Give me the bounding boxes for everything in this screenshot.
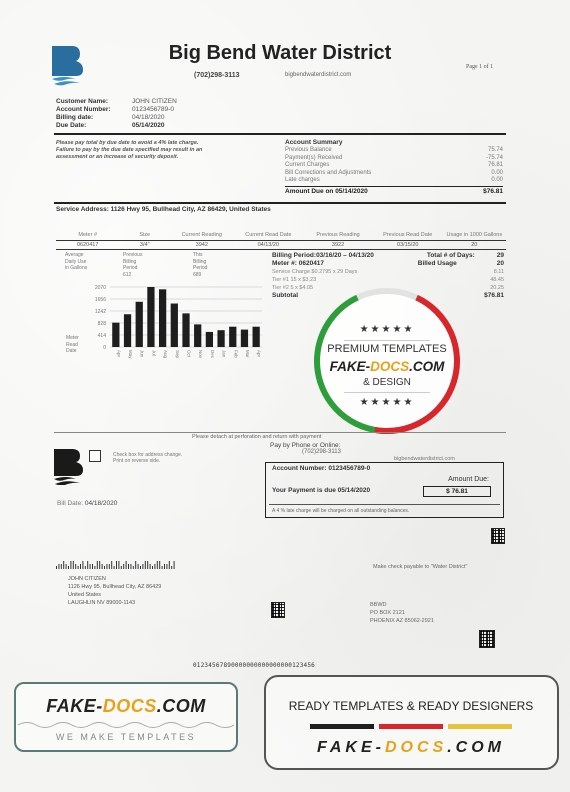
due-date: 05/14/2020 <box>132 122 165 129</box>
flag-bar <box>379 724 443 729</box>
summary-value: 75.74 <box>488 147 503 155</box>
svg-text:Dec: Dec <box>210 350 215 359</box>
brand-part: FAKE- <box>46 696 103 716</box>
summary-row: Payment(s) Received-75.74 <box>285 155 503 163</box>
charge-line: Service Charge $0.2795 x 29 Days8.11 <box>272 268 504 276</box>
page-indicator: Page 1 of 1 <box>466 64 493 70</box>
payment-box: Account Number: 0123456789-0 Amount Due:… <box>265 462 504 518</box>
check-payable-note: Make check payable to "Water District" <box>373 564 467 570</box>
summary-label: Late charges <box>285 177 320 185</box>
total-days: 29 <box>497 252 504 260</box>
legend-text: Meter <box>66 335 79 342</box>
notice-line: assessment or an increase of security de… <box>56 154 276 161</box>
company-name: Big Bend Water District <box>150 42 410 65</box>
badge-brand: FAKE-DOCS.COM <box>16 696 236 717</box>
column-header: Meter # <box>56 222 119 238</box>
legend-text: 612 <box>123 272 173 279</box>
billed-usage-label: Billed Usage <box>418 260 457 268</box>
brand-part: .COM <box>409 359 444 374</box>
column-header: Current Reading <box>170 222 233 238</box>
svg-text:Nov: Nov <box>198 350 203 359</box>
late-charge-note: A 4 % late charge will be charged on all… <box>272 508 409 514</box>
brand-part: DOCS <box>103 696 157 716</box>
svg-text:0: 0 <box>103 345 106 351</box>
address-line: BBWD <box>370 601 434 609</box>
qr-code-icon <box>479 630 495 648</box>
summary-value: 76.81 <box>488 162 503 170</box>
account-summary-title: Account Summary <box>285 139 503 146</box>
postal-barcode-icon <box>56 561 176 569</box>
divider <box>54 202 506 204</box>
stamp-brand: FAKE-DOCS.COM <box>312 359 462 374</box>
meter-table: Meter #SizeCurrent ReadingCurrent Read D… <box>56 222 506 250</box>
pay-by-label: Pay by Phone or Online: <box>270 442 341 449</box>
perforation-line <box>54 432 506 433</box>
amount-due-field[interactable]: $ 76.81 <box>423 486 491 497</box>
summary-value: 0.00 <box>491 177 503 185</box>
divider <box>54 133 506 135</box>
summary-value: 0.00 <box>491 170 503 178</box>
summary-label: Previous Balance <box>285 147 332 155</box>
summary-label: Bill Corrections and Adjustments <box>285 170 371 178</box>
flag-bars <box>310 724 512 729</box>
divider <box>344 392 430 393</box>
svg-text:2070: 2070 <box>95 285 106 291</box>
account-number: 0123456789-0 <box>132 106 174 113</box>
notice-line: Failure to pay by the due date specified… <box>56 147 276 154</box>
watermark-stamp: ★★★★★ PREMIUM TEMPLATES FAKE-DOCS.COM & … <box>312 286 462 436</box>
address-line: United States <box>68 591 161 599</box>
brand-part: .COM <box>447 739 505 756</box>
flag-bar <box>448 724 512 729</box>
subtotal-value: $76.81 <box>484 292 504 300</box>
charge-value: 20.25 <box>490 284 504 292</box>
charge-label: Tier #1 15 x $3.23 <box>272 276 316 284</box>
amount-due-value: $76.81 <box>483 188 503 195</box>
legend-text: in Gallons <box>65 265 115 272</box>
flag-bar <box>310 724 374 729</box>
summary-label: Payment(s) Received <box>285 155 342 163</box>
watermark-badge-left: FAKE-DOCS.COM WE MAKE TEMPLATES <box>14 682 238 752</box>
summary-value: -75.74 <box>486 155 503 163</box>
billed-usage: 20 <box>497 260 504 268</box>
badge-brand: FAKE-DOCS.COM <box>266 739 556 757</box>
column-header: Usage in 1000 Gallons <box>443 222 506 238</box>
billing-date: 04/18/2020 <box>132 114 165 121</box>
remit-address: BBWDPO BOX 2121PHOENIX AZ 85062-2921 <box>370 601 434 625</box>
amount-due-row: Amount Due on 05/14/2020 $76.81 <box>285 186 503 195</box>
amount-due-label: Amount Due: <box>448 476 489 483</box>
customer-name-label: Customer Name: <box>56 98 132 106</box>
address-change-checkbox[interactable] <box>89 450 101 462</box>
svg-text:Jan: Jan <box>222 350 227 358</box>
address-line: PO BOX 2121 <box>370 609 434 617</box>
stamp-line-1: PREMIUM TEMPLATES <box>312 343 462 355</box>
customer-name: JOHN CITIZEN <box>132 98 177 105</box>
svg-text:Sep: Sep <box>175 350 180 359</box>
summary-row: Late charges0.00 <box>285 177 503 185</box>
qr-code-icon <box>271 602 285 618</box>
summary-row: Bill Corrections and Adjustments0.00 <box>285 170 503 178</box>
company-phone: (702)298-3113 <box>194 72 240 79</box>
charge-line: Tier #1 15 x $3.2348.45 <box>272 276 504 284</box>
detach-instruction: Please detach at perforation and return … <box>192 434 321 440</box>
svg-text:Jun: Jun <box>140 350 145 358</box>
svg-text:Mar: Mar <box>245 350 250 358</box>
charge-label: Service Charge $0.2795 x 29 Days <box>272 268 357 276</box>
total-days-label: Total # of Days: <box>427 252 475 260</box>
column-header: Previous Read Date <box>373 222 443 238</box>
meter-read-date-label: MeterReadDate <box>66 335 79 355</box>
late-payment-notice: Please pay total by due date to avoid a … <box>56 140 276 161</box>
bill-date-value: 04/18/2020 <box>85 500 118 507</box>
stamp-line-3: & DESIGN <box>312 377 462 388</box>
svg-text:May: May <box>128 350 133 359</box>
pay-phone: (702)298-3113 <box>302 449 341 455</box>
svg-text:Oct: Oct <box>187 350 192 358</box>
table-cell: 3942 <box>170 241 233 249</box>
billing-period-label: Billing Period: <box>272 252 316 259</box>
svg-text:Apr: Apr <box>257 350 262 358</box>
badge-tagline: READY TEMPLATES & READY DESIGNERS <box>266 699 556 713</box>
summary-label: Current Charges <box>285 162 329 170</box>
stub-account-number: Account Number: 0123456789-0 <box>272 465 370 472</box>
check-text: Print on reverse side. <box>113 458 182 464</box>
stars-icon: ★★★★★ <box>312 397 462 408</box>
column-header: Current Read Date <box>233 222 303 238</box>
service-address: Service Address: 1126 Hwy 95, Bullhead C… <box>56 206 271 213</box>
svg-text:Jul: Jul <box>151 350 156 356</box>
table-cell: 3922 <box>303 241 373 249</box>
address-line: LAUGHLIN NV 89000-1143 <box>68 599 161 607</box>
charge-label: Tier #2 5 x $4.05 <box>272 284 313 292</box>
address-line: PHOENIX AZ 85062-2921 <box>370 617 434 625</box>
water-drop-logo-icon <box>50 46 86 86</box>
stars-icon: ★★★★★ <box>312 324 462 335</box>
legend-text: Date <box>66 348 79 355</box>
micr-line: 01234567890000000000000000123456 <box>193 662 315 669</box>
billing-date-label: Billing date: <box>56 114 132 122</box>
table-cell: 3/4" <box>119 241 170 249</box>
legend-text: 689 <box>193 272 243 279</box>
billing-period: 03/16/20 – 04/13/20 <box>316 252 374 259</box>
notice-line: Please pay total by due date to avoid a … <box>56 140 276 147</box>
summary-row: Previous Balance75.74 <box>285 147 503 155</box>
svg-text:414: 414 <box>98 333 107 339</box>
amount-due-label: Amount Due on 05/14/2020 <box>285 188 368 195</box>
summary-row: Current Charges76.81 <box>285 162 503 170</box>
address-change-instruction: Check box for address change. Print on r… <box>113 452 182 464</box>
pay-by-phone: Pay by Phone or Online: (702)298-3113 <box>270 442 341 455</box>
svg-text:828: 828 <box>98 321 107 327</box>
wave-icon <box>18 720 234 730</box>
svg-text:1242: 1242 <box>95 309 106 315</box>
qr-code-icon <box>491 528 505 544</box>
address-line: JOHN CITIZEN <box>68 575 161 583</box>
water-drop-logo-icon <box>52 449 86 485</box>
brand-part: FAKE- <box>317 739 385 756</box>
charge-value: 48.45 <box>490 276 504 284</box>
customer-info: Customer Name:JOHN CITIZEN Account Numbe… <box>56 98 177 130</box>
table-cell: 03/15/20 <box>373 241 443 249</box>
divider <box>269 504 500 505</box>
table-cell: 0620417 <box>56 241 119 249</box>
table-row: 06204173/4"394204/13/20392203/15/2020 <box>56 240 506 250</box>
watermark-badge-right: READY TEMPLATES & READY DESIGNERS FAKE-D… <box>264 675 559 770</box>
bill-date-label: Bill Date: <box>57 500 83 507</box>
subtotal-label: Subtotal <box>272 292 298 300</box>
brand-part: DOCS <box>370 359 409 374</box>
account-number-label: Account Number: <box>56 106 132 114</box>
brand-part: DOCS <box>385 739 447 756</box>
svg-text:Aug: Aug <box>163 350 168 359</box>
charge-value: 8.11 <box>494 268 504 276</box>
svg-text:Feb: Feb <box>233 350 238 358</box>
table-cell: 20 <box>443 241 506 249</box>
badge-tagline: WE MAKE TEMPLATES <box>16 732 236 742</box>
column-header: Previous Reading <box>303 222 373 238</box>
company-website[interactable]: bigbendwaterdistrict.com <box>285 72 351 78</box>
meter-number: Meter #: 0620417 <box>272 260 324 268</box>
divider <box>344 340 430 341</box>
address-line: 1126 Hwy 95, Bullhead City, AZ 86429 <box>68 583 161 591</box>
due-date-label: Due Date: <box>56 122 132 130</box>
svg-text:1656: 1656 <box>95 297 106 303</box>
svg-text:Apr: Apr <box>116 350 121 358</box>
column-header: Size <box>119 222 170 238</box>
brand-part: FAKE- <box>330 359 371 374</box>
account-summary: Account Summary Previous Balance75.74Pay… <box>285 139 503 195</box>
brand-part: .COM <box>157 696 206 716</box>
usage-bar-chart: 0414828124216562070AprMayJunJulAugSepOct… <box>60 283 270 373</box>
table-cell: 04/13/20 <box>233 241 303 249</box>
payment-due-line: Your Payment is due 05/14/2020 <box>272 487 370 494</box>
bill-date: Bill Date: 04/18/2020 <box>57 500 117 507</box>
mailing-address: JOHN CITIZEN1126 Hwy 95, Bullhead City, … <box>68 575 161 607</box>
